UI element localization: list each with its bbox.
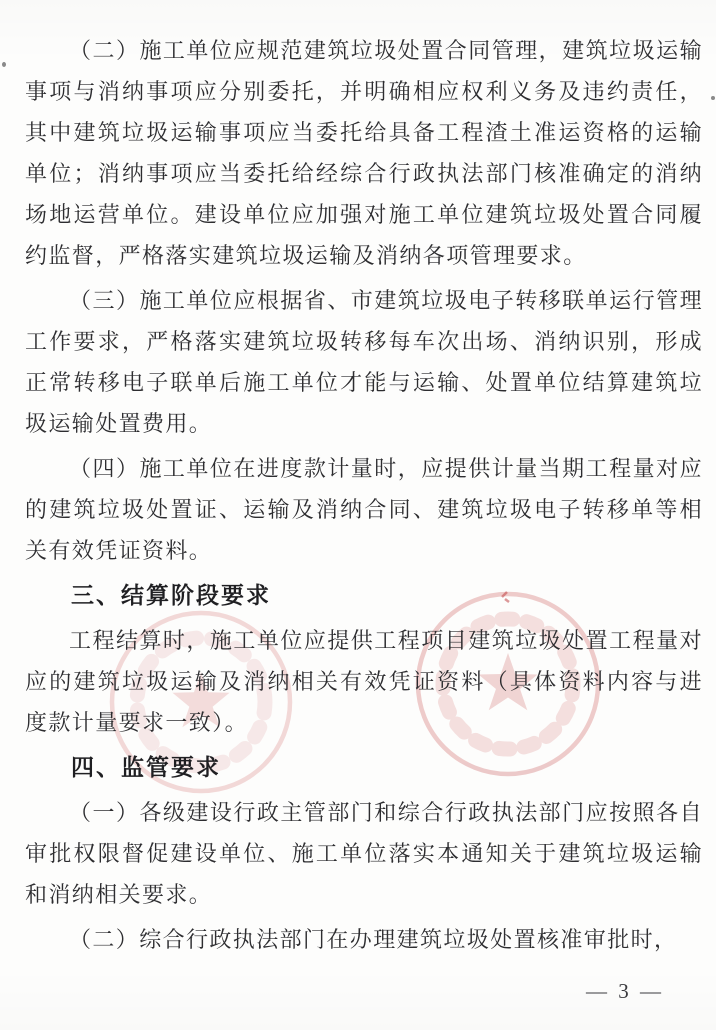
heading-settlement-stage: 三、结算阶段要求 xyxy=(25,575,703,616)
paragraph-contract-management: （二）施工单位应规范建筑垃圾处置合同管理，建筑垃圾运输事项与消纳事项应分别委托，… xyxy=(25,30,703,276)
paragraph-approval-review: （二）综合行政执法部门在办理建筑垃圾处置核准审批时， xyxy=(25,919,703,960)
paragraph-supervision-authorities: （一）各级建设行政主管部门和综合行政执法部门应按照各自审批权限督促建设单位、施工… xyxy=(25,792,703,915)
paragraph-progress-payment: （四）施工单位在进度款计量时，应提供计量当期工程量对应的建筑垃圾处置证、运输及消… xyxy=(25,448,703,571)
heading-supervision: 四、监管要求 xyxy=(25,747,703,788)
document-body: （二）施工单位应规范建筑垃圾处置合同管理，建筑垃圾运输事项与消纳事项应分别委托，… xyxy=(25,30,703,964)
scan-artifact xyxy=(2,62,6,67)
page-number: — 3 — xyxy=(586,979,664,1004)
scanned-document-page: （二）施工单位应规范建筑垃圾处置合同管理，建筑垃圾运输事项与消纳事项应分别委托，… xyxy=(0,0,716,1030)
paragraph-settlement: 工程结算时，施工单位应提供工程项目建筑垃圾处置工程量对应的建筑垃圾运输及消纳相关… xyxy=(25,620,703,743)
paragraph-electronic-transfer: （三）施工单位应根据省、市建筑垃圾电子转移联单运行管理工作要求，严格落实建筑垃圾… xyxy=(25,280,703,444)
scan-artifact xyxy=(711,96,715,100)
